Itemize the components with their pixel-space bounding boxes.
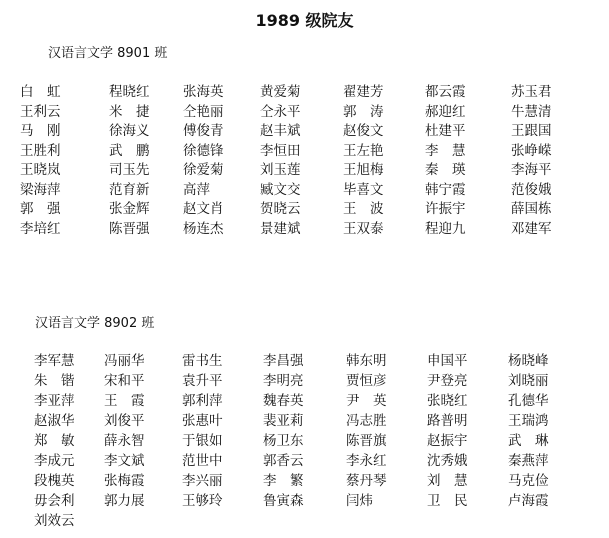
alumni-name: 仝永平 — [260, 103, 301, 122]
alumni-name: 范世中 — [182, 452, 223, 471]
alumni-name: 王胜利 — [20, 142, 61, 161]
alumni-name: 梁海萍 — [20, 181, 61, 200]
alumni-name: 白 虹 — [20, 83, 61, 102]
alumni-name: 王双泰 — [343, 220, 384, 239]
alumni-name: 王 霞 — [104, 392, 145, 411]
alumni-name: 孔德华 — [508, 392, 549, 411]
alumni-name: 李文斌 — [104, 452, 145, 471]
alumni-name: 刘晓丽 — [508, 372, 549, 391]
alumni-name: 申国平 — [427, 352, 468, 371]
alumni-name: 武 琳 — [508, 432, 549, 451]
alumni-name: 程迎九 — [425, 220, 466, 239]
alumni-name: 贾恒彦 — [346, 372, 387, 391]
alumni-name: 魏春英 — [263, 392, 304, 411]
alumni-name: 赵淑华 — [34, 412, 75, 431]
alumni-name: 徐海义 — [109, 122, 150, 141]
alumni-name: 刘效云 — [34, 512, 75, 531]
alumni-name: 李军慧 — [34, 352, 75, 371]
alumni-name: 赵文肖 — [183, 200, 224, 219]
alumni-name: 于银如 — [182, 432, 223, 451]
alumni-name: 赵丰斌 — [260, 122, 301, 141]
alumni-name: 李恒田 — [260, 142, 301, 161]
alumni-name: 杜建平 — [425, 122, 466, 141]
alumni-name: 李成元 — [34, 452, 75, 471]
alumni-name: 郭 涛 — [343, 103, 384, 122]
alumni-name: 朱 锴 — [34, 372, 75, 391]
alumni-name: 韩宁霞 — [425, 181, 466, 200]
alumni-name: 李兴丽 — [182, 472, 223, 491]
alumni-name: 程晓红 — [109, 83, 150, 102]
alumni-name: 王跟国 — [511, 122, 552, 141]
alumni-name: 郭力展 — [104, 492, 145, 511]
alumni-name: 闫炜 — [346, 492, 373, 511]
alumni-name: 范育新 — [109, 181, 150, 200]
alumni-name: 贺晓云 — [260, 200, 301, 219]
alumni-name: 王旭梅 — [343, 161, 384, 180]
alumni-name: 李亚萍 — [34, 392, 75, 411]
page-title: 1989 级院友 — [0, 8, 609, 31]
alumni-name: 张惠叶 — [182, 412, 223, 431]
alumni-name: 陈晋强 — [109, 220, 150, 239]
alumni-name: 翟建芳 — [343, 83, 384, 102]
alumni-name: 米 捷 — [109, 103, 150, 122]
alumni-name: 尹登亮 — [427, 372, 468, 391]
alumni-name: 李永红 — [346, 452, 387, 471]
alumni-name: 马克俭 — [508, 472, 549, 491]
alumni-name: 秦燕萍 — [508, 452, 549, 471]
alumni-name: 蔡丹琴 — [346, 472, 387, 491]
alumni-name: 张海英 — [183, 83, 224, 102]
alumni-name: 冯志胜 — [346, 412, 387, 431]
alumni-name: 仝艳丽 — [183, 103, 224, 122]
alumni-name: 路普明 — [427, 412, 468, 431]
alumni-name: 刘 慧 — [427, 472, 468, 491]
alumni-name: 张梅霞 — [104, 472, 145, 491]
alumni-name: 郭 强 — [20, 200, 61, 219]
alumni-name: 臧文交 — [260, 181, 301, 200]
alumni-name: 赵俊文 — [343, 122, 384, 141]
alumni-name: 郑 敏 — [34, 432, 75, 451]
alumni-name: 宋和平 — [104, 372, 145, 391]
alumni-name: 雷书生 — [182, 352, 223, 371]
alumni-name: 武 鹏 — [109, 142, 150, 161]
alumni-name: 卫 民 — [427, 492, 468, 511]
alumni-name: 冯丽华 — [104, 352, 145, 371]
alumni-name: 许振宇 — [425, 200, 466, 219]
class-heading: 汉语言文学 8902 班 — [35, 312, 154, 331]
alumni-name: 杨晓峰 — [508, 352, 549, 371]
alumni-name: 毋会利 — [34, 492, 75, 511]
alumni-name: 徐德锋 — [183, 142, 224, 161]
alumni-name: 尹 英 — [346, 392, 387, 411]
alumni-name: 李 慧 — [425, 142, 466, 161]
alumni-name: 王够玲 — [182, 492, 223, 511]
alumni-name: 苏玉君 — [511, 83, 552, 102]
alumni-name: 韩东明 — [346, 352, 387, 371]
alumni-name: 王晓岚 — [20, 161, 61, 180]
alumni-name: 秦 瑛 — [425, 161, 466, 180]
alumni-name: 薛国栋 — [511, 200, 552, 219]
alumni-name: 李明亮 — [263, 372, 304, 391]
alumni-name: 毕喜文 — [343, 181, 384, 200]
alumni-name: 张峥嵘 — [511, 142, 552, 161]
alumni-name: 鲁寅森 — [263, 492, 304, 511]
alumni-name: 王利云 — [20, 103, 61, 122]
alumni-name: 牛慧清 — [511, 103, 552, 122]
alumni-name: 沈秀娥 — [427, 452, 468, 471]
alumni-name: 杨卫东 — [263, 432, 304, 451]
alumni-name: 张晓红 — [427, 392, 468, 411]
alumni-name: 杨连杰 — [183, 220, 224, 239]
alumni-name: 都云霞 — [425, 83, 466, 102]
alumni-name: 刘玉莲 — [260, 161, 301, 180]
alumni-name: 陈晋旗 — [346, 432, 387, 451]
alumni-name: 裴亚莉 — [263, 412, 304, 431]
alumni-name: 王瑞鸿 — [508, 412, 549, 431]
alumni-name: 李海平 — [511, 161, 552, 180]
alumni-name: 李培红 — [20, 220, 61, 239]
alumni-name: 马 刚 — [20, 122, 61, 141]
alumni-name: 徐爱菊 — [183, 161, 224, 180]
alumni-name: 王左艳 — [343, 142, 384, 161]
alumni-name: 司玉先 — [109, 161, 150, 180]
alumni-name: 段槐英 — [34, 472, 75, 491]
alumni-name: 邓建军 — [511, 220, 552, 239]
alumni-name: 刘俊平 — [104, 412, 145, 431]
alumni-name: 袁升平 — [182, 372, 223, 391]
alumni-name: 范俊娥 — [511, 181, 552, 200]
alumni-name: 景建斌 — [260, 220, 301, 239]
alumni-name: 郝迎红 — [425, 103, 466, 122]
alumni-name: 卢海霞 — [508, 492, 549, 511]
alumni-name: 郭利萍 — [182, 392, 223, 411]
class-heading: 汉语言文学 8901 班 — [48, 42, 167, 61]
alumni-name: 薛永智 — [104, 432, 145, 451]
alumni-name: 李 繁 — [263, 472, 304, 491]
alumni-name: 李昌强 — [263, 352, 304, 371]
alumni-name: 黄爱菊 — [260, 83, 301, 102]
alumni-name: 高萍 — [183, 181, 210, 200]
alumni-name: 郭香云 — [263, 452, 304, 471]
alumni-name: 张金辉 — [109, 200, 150, 219]
alumni-name: 赵振宇 — [427, 432, 468, 451]
alumni-name: 傅俊青 — [183, 122, 224, 141]
alumni-name: 王 波 — [343, 200, 384, 219]
